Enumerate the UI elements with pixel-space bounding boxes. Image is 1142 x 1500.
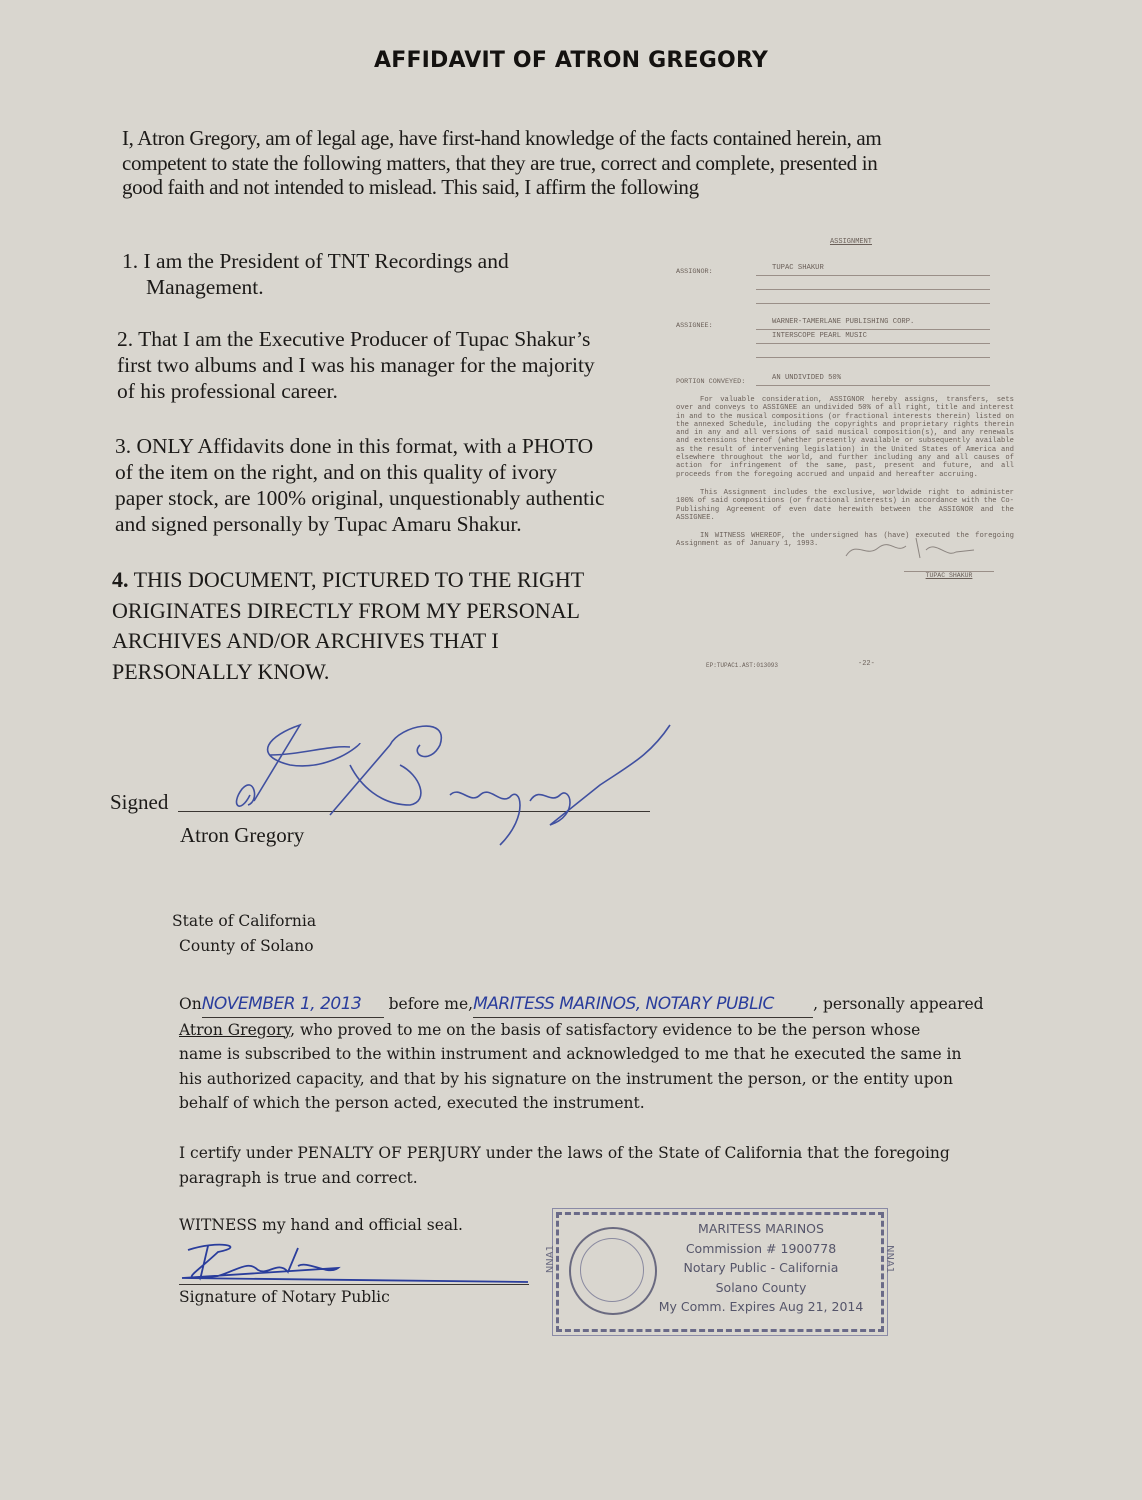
intro-line: I, Atron Gregory, am of legal age, have … bbox=[122, 126, 1012, 151]
portion-label: PORTION CONVEYED: bbox=[676, 378, 756, 386]
assignment-footer-code: EP:TUPAC1.AST:013093 bbox=[706, 662, 778, 669]
stamp-side-label: NNA1 bbox=[884, 1245, 895, 1273]
tupac-signature bbox=[836, 534, 976, 562]
certification-paragraph: I certify under PENALTY OF PERJURY under… bbox=[179, 1141, 950, 1190]
stamp-line: My Comm. Expires Aug 21, 2014 bbox=[651, 1297, 871, 1317]
stamp-side-label: NNA1 bbox=[545, 1245, 556, 1273]
notary-county: County of Solano bbox=[179, 934, 314, 959]
stamp-line: Notary Public - California bbox=[651, 1258, 871, 1278]
item-line: ARCHIVES AND/OR ARCHIVES THAT I bbox=[112, 626, 584, 657]
blank-line bbox=[756, 346, 990, 358]
intro-line: competent to state the following matters… bbox=[122, 151, 1012, 176]
handwritten-date: NOVEMBER 1, 2013 bbox=[202, 994, 362, 1014]
acknowledgment-line: , who proved to me on the basis of satis… bbox=[290, 1021, 920, 1039]
notary-stamp: NNA1 MARITESS MARINOS Commission # 19007… bbox=[556, 1212, 884, 1332]
document-title: AFFIDAVIT OF ATRON GREGORY bbox=[0, 48, 1142, 73]
before-me-label: before me, bbox=[384, 995, 473, 1013]
certification-line: paragraph is true and correct. bbox=[179, 1166, 950, 1191]
portion-value: AN UNDIVIDED 50% bbox=[756, 374, 990, 386]
california-seal-icon bbox=[569, 1227, 657, 1315]
item-number: 4. bbox=[112, 567, 129, 592]
assignment-page-number: -22- bbox=[858, 660, 875, 668]
blank-line bbox=[756, 292, 990, 304]
assignor-value: TUPAC SHAKUR bbox=[756, 264, 990, 276]
notary-signature-label: Signature of Notary Public bbox=[179, 1285, 390, 1310]
on-label: On bbox=[179, 995, 202, 1013]
affirmation-item-1: 1. I am the President of TNT Recordings … bbox=[122, 248, 509, 300]
acknowledgment-line: behalf of which the person acted, execut… bbox=[179, 1091, 1059, 1116]
item-line: first two albums and I was his manager f… bbox=[117, 352, 595, 378]
item-line: and signed personally by Tupac Amaru Sha… bbox=[115, 511, 605, 537]
notary-signature bbox=[178, 1240, 538, 1290]
stamp-line: Commission # 1900778 bbox=[651, 1239, 871, 1259]
handwritten-notary-name: MARITESS MARINOS, NOTARY PUBLIC bbox=[473, 994, 774, 1014]
notary-name-blank: MARITESS MARINOS, NOTARY PUBLIC bbox=[473, 992, 813, 1018]
assignor-label: ASSIGNOR: bbox=[676, 268, 756, 276]
item-line: PERSONALLY KNOW. bbox=[112, 657, 584, 688]
item-line: paper stock, are 100% original, unquesti… bbox=[115, 485, 605, 511]
personally-appeared-label: , personally appeared bbox=[813, 995, 983, 1013]
item-line: of the item on the right, and on this qu… bbox=[115, 459, 605, 485]
item-line: 2. That I am the Executive Producer of T… bbox=[117, 326, 595, 352]
signer-name: Atron Gregory bbox=[180, 823, 304, 848]
blank-line bbox=[756, 278, 990, 290]
assignee-value: WARNER-TAMERLANE PUBLISHING CORP. bbox=[756, 318, 990, 330]
notary-state: State of California bbox=[172, 909, 316, 934]
assignment-paragraph: For valuable consideration, ASSIGNOR her… bbox=[676, 396, 1026, 479]
stamp-line: Solano County bbox=[651, 1278, 871, 1298]
item-line: ORIGINATES DIRECTLY FROM MY PERSONAL bbox=[112, 596, 584, 627]
acknowledgment-line: his authorized capacity, and that by his… bbox=[179, 1067, 1059, 1092]
date-blank: NOVEMBER 1, 2013 bbox=[202, 992, 384, 1018]
assignment-document-image: ASSIGNMENT ASSIGNOR:TUPAC SHAKUR ASSIGNE… bbox=[676, 238, 1026, 579]
assignee-label: ASSIGNEE: bbox=[676, 322, 756, 330]
signed-label: Signed bbox=[110, 790, 168, 815]
affirmation-item-4: 4. THIS DOCUMENT, PICTURED TO THE RIGHT … bbox=[112, 565, 584, 687]
item-line: 1. I am the President of TNT Recordings … bbox=[122, 248, 509, 274]
intro-paragraph: I, Atron Gregory, am of legal age, have … bbox=[122, 126, 1012, 200]
appeared-name: Atron Gregory bbox=[179, 1021, 290, 1039]
witness-statement: WITNESS my hand and official seal. bbox=[179, 1213, 463, 1238]
stamp-line: MARITESS MARINOS bbox=[651, 1219, 871, 1239]
acknowledgment-paragraph: OnNOVEMBER 1, 2013 before me,MARITESS MA… bbox=[179, 992, 1059, 1116]
assignment-signer: TUPAC SHAKUR bbox=[904, 571, 994, 579]
stamp-text: MARITESS MARINOS Commission # 1900778 No… bbox=[651, 1219, 871, 1317]
assignee-value: INTERSCOPE PEARL MUSIC bbox=[756, 332, 990, 344]
assignment-paragraph: This Assignment includes the exclusive, … bbox=[676, 489, 1026, 522]
assignment-heading: ASSIGNMENT bbox=[676, 238, 1026, 246]
item-line: THIS DOCUMENT, PICTURED TO THE RIGHT bbox=[129, 567, 585, 592]
acknowledgment-line: name is subscribed to the within instrum… bbox=[179, 1042, 1059, 1067]
item-line: Management. bbox=[122, 274, 509, 300]
affirmation-item-3: 3. ONLY Affidavits done in this format, … bbox=[115, 433, 605, 537]
certification-line: I certify under PENALTY OF PERJURY under… bbox=[179, 1141, 950, 1166]
intro-line: good faith and not intended to mislead. … bbox=[122, 175, 1012, 200]
item-line: 3. ONLY Affidavits done in this format, … bbox=[115, 433, 605, 459]
item-line: of his professional career. bbox=[117, 378, 595, 404]
affirmation-item-2: 2. That I am the Executive Producer of T… bbox=[117, 326, 595, 404]
